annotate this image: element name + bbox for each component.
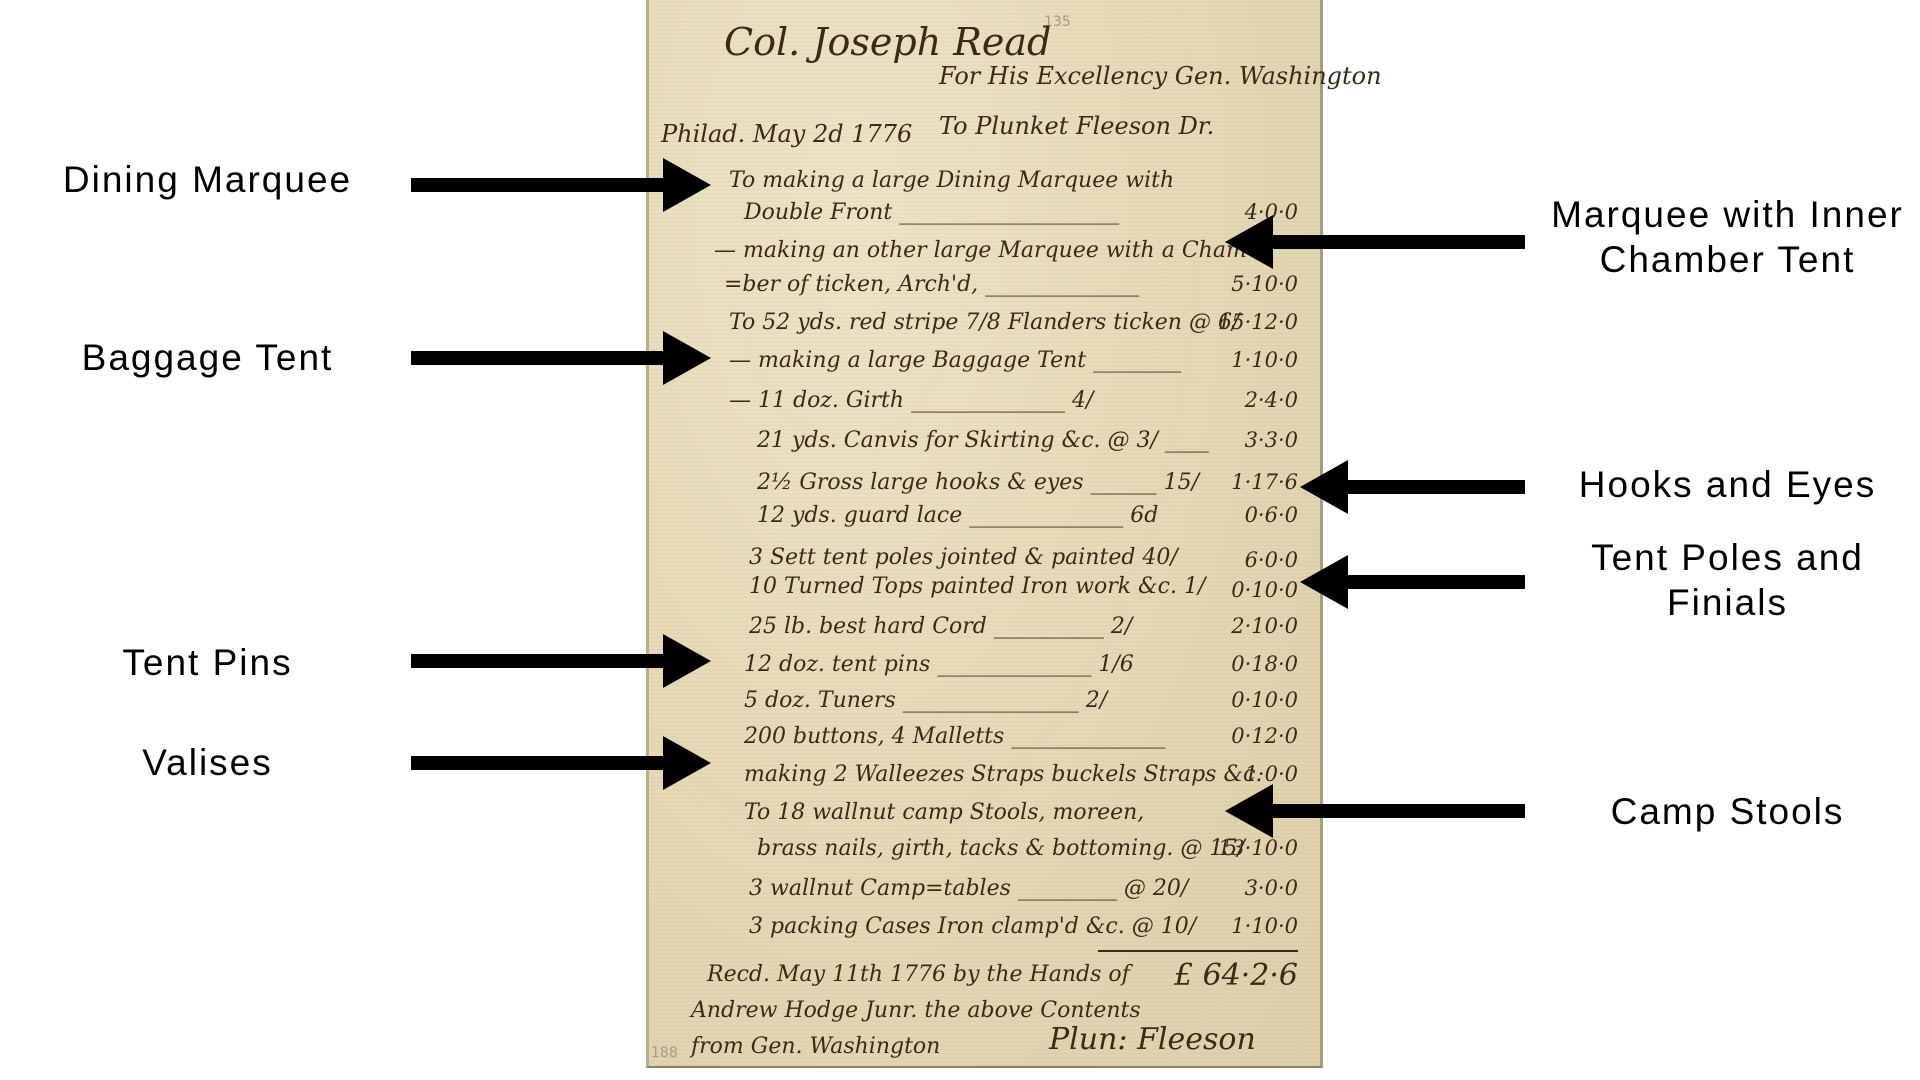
line-item: To making a large Dining Marquee with (729, 168, 1174, 193)
line-amount: 0·6·0 (1245, 503, 1298, 527)
signature: Plun: Fleeson (1049, 1022, 1256, 1057)
document-heading: Col. Joseph Read (724, 20, 1051, 64)
line-item: 3 Sett tent poles jointed & painted 40/ (749, 545, 1178, 570)
line-item: — 11 doz. Girth ______________ 4/ (729, 388, 1093, 413)
line-amount: 5·10·0 (1231, 272, 1298, 296)
receipt-line: Recd. May 11th 1776 by the Hands of (707, 962, 1130, 987)
annotation-line: Finials (1535, 580, 1920, 625)
line-item: — making an other large Marquee with a C… (714, 238, 1265, 263)
addressee-line: For His Excellency Gen. Washington (939, 62, 1382, 90)
arrow-left-icon (1300, 460, 1348, 514)
annotation-line: Chamber Tent (1535, 237, 1920, 282)
annotation-line: Tent Poles and (1535, 535, 1920, 580)
annotation-valises: Valises (40, 740, 375, 785)
line-item: 5 doz. Tuners ________________ 2/ (744, 688, 1107, 713)
line-item: To 52 yds. red stripe 7/8 Flanders ticke… (729, 310, 1239, 335)
line-item: 25 lb. best hard Cord __________ 2/ (749, 614, 1132, 639)
line-item: 200 buttons, 4 Malletts ______________ (744, 724, 1165, 749)
line-amount: 0·12·0 (1231, 724, 1298, 748)
arrow-right-icon (663, 634, 711, 688)
annotation-hooks-eyes: Hooks and Eyes (1535, 462, 1920, 507)
line-item: To 18 wallnut camp Stools, moreen, (744, 800, 1144, 825)
line-item: 12 doz. tent pins ______________ 1/6 (744, 652, 1134, 677)
line-item: 2½ Gross large hooks & eyes ______ 15/ (757, 470, 1199, 495)
total-rule (1098, 950, 1298, 952)
line-item: 3 packing Cases Iron clamp'd &c. @ 10/ (749, 914, 1196, 939)
line-item: 12 yds. guard lace ______________ 6d (757, 503, 1158, 528)
line-amount: 0·10·0 (1231, 578, 1298, 602)
line-amount: 6·0·0 (1245, 548, 1298, 572)
arrow-left-icon (1300, 555, 1348, 609)
line-item: making 2 Walleezes Straps buckels Straps… (744, 762, 1262, 787)
debtor-line: To Plunket Fleeson Dr. (939, 112, 1214, 140)
line-amount: 1·0·0 (1245, 762, 1298, 786)
annotation-line: Hooks and Eyes (1535, 462, 1920, 507)
line-amount: 2·10·0 (1231, 614, 1298, 638)
line-amount: 3·3·0 (1245, 428, 1298, 452)
annotation-camp-stools: Camp Stools (1535, 789, 1920, 834)
line-amount: 3·0·0 (1245, 876, 1298, 900)
annotation-tent-pins: Tent Pins (40, 640, 375, 685)
annotation-baggage-tent: Baggage Tent (40, 335, 375, 380)
line-item: 21 yds. Canvis for Skirting &c. @ 3/ ___… (757, 428, 1209, 453)
invoice-total: £ 64·2·6 (1174, 958, 1298, 993)
receipt-line: from Gen. Washington (691, 1034, 940, 1059)
arrow-right-icon (663, 736, 711, 790)
line-item: brass nails, girth, tacks & bottoming. @… (757, 836, 1245, 861)
line-amount: 1·17·6 (1231, 470, 1298, 494)
arrow-right-icon (663, 331, 711, 385)
arrow-left-icon (1225, 784, 1273, 838)
arrow-right-icon (663, 158, 711, 212)
annotation-line: Marquee with Inner (1535, 192, 1920, 237)
annotation-marquee-inner-chamber: Marquee with Inner Chamber Tent (1535, 192, 1920, 282)
line-item: Double Front ____________________ (744, 200, 1119, 225)
annotation-dining-marquee: Dining Marquee (40, 157, 375, 202)
line-amount: 1·10·0 (1231, 348, 1298, 372)
arrow-left-icon (1225, 215, 1273, 269)
line-amount: 15·12·0 (1218, 310, 1298, 334)
line-amount: 0·18·0 (1231, 652, 1298, 676)
line-amount: 2·4·0 (1245, 388, 1298, 412)
line-item: 3 wallnut Camp=tables _________ @ 20/ (749, 876, 1188, 901)
receipt-line: Andrew Hodge Junr. the above Contents (691, 998, 1141, 1023)
line-item: 10 Turned Tops painted Iron work &c. 1/ (749, 574, 1205, 599)
place-date: Philad. May 2d 1776 (661, 120, 912, 148)
annotation-line: Camp Stools (1535, 789, 1920, 834)
annotation-tent-poles-finials: Tent Poles and Finials (1535, 535, 1920, 625)
line-amount: 13·10·0 (1218, 836, 1298, 860)
line-item: — making a large Baggage Tent ________ (729, 348, 1181, 373)
manuscript-invoice: 135 Col. Joseph Read For His Excellency … (646, 0, 1323, 1068)
folio-number-bottom: 188 (651, 1045, 678, 1061)
line-item: =ber of ticken, Arch'd, ______________ (724, 272, 1139, 297)
line-amount: 0·10·0 (1231, 688, 1298, 712)
line-amount: 1·10·0 (1231, 914, 1298, 938)
